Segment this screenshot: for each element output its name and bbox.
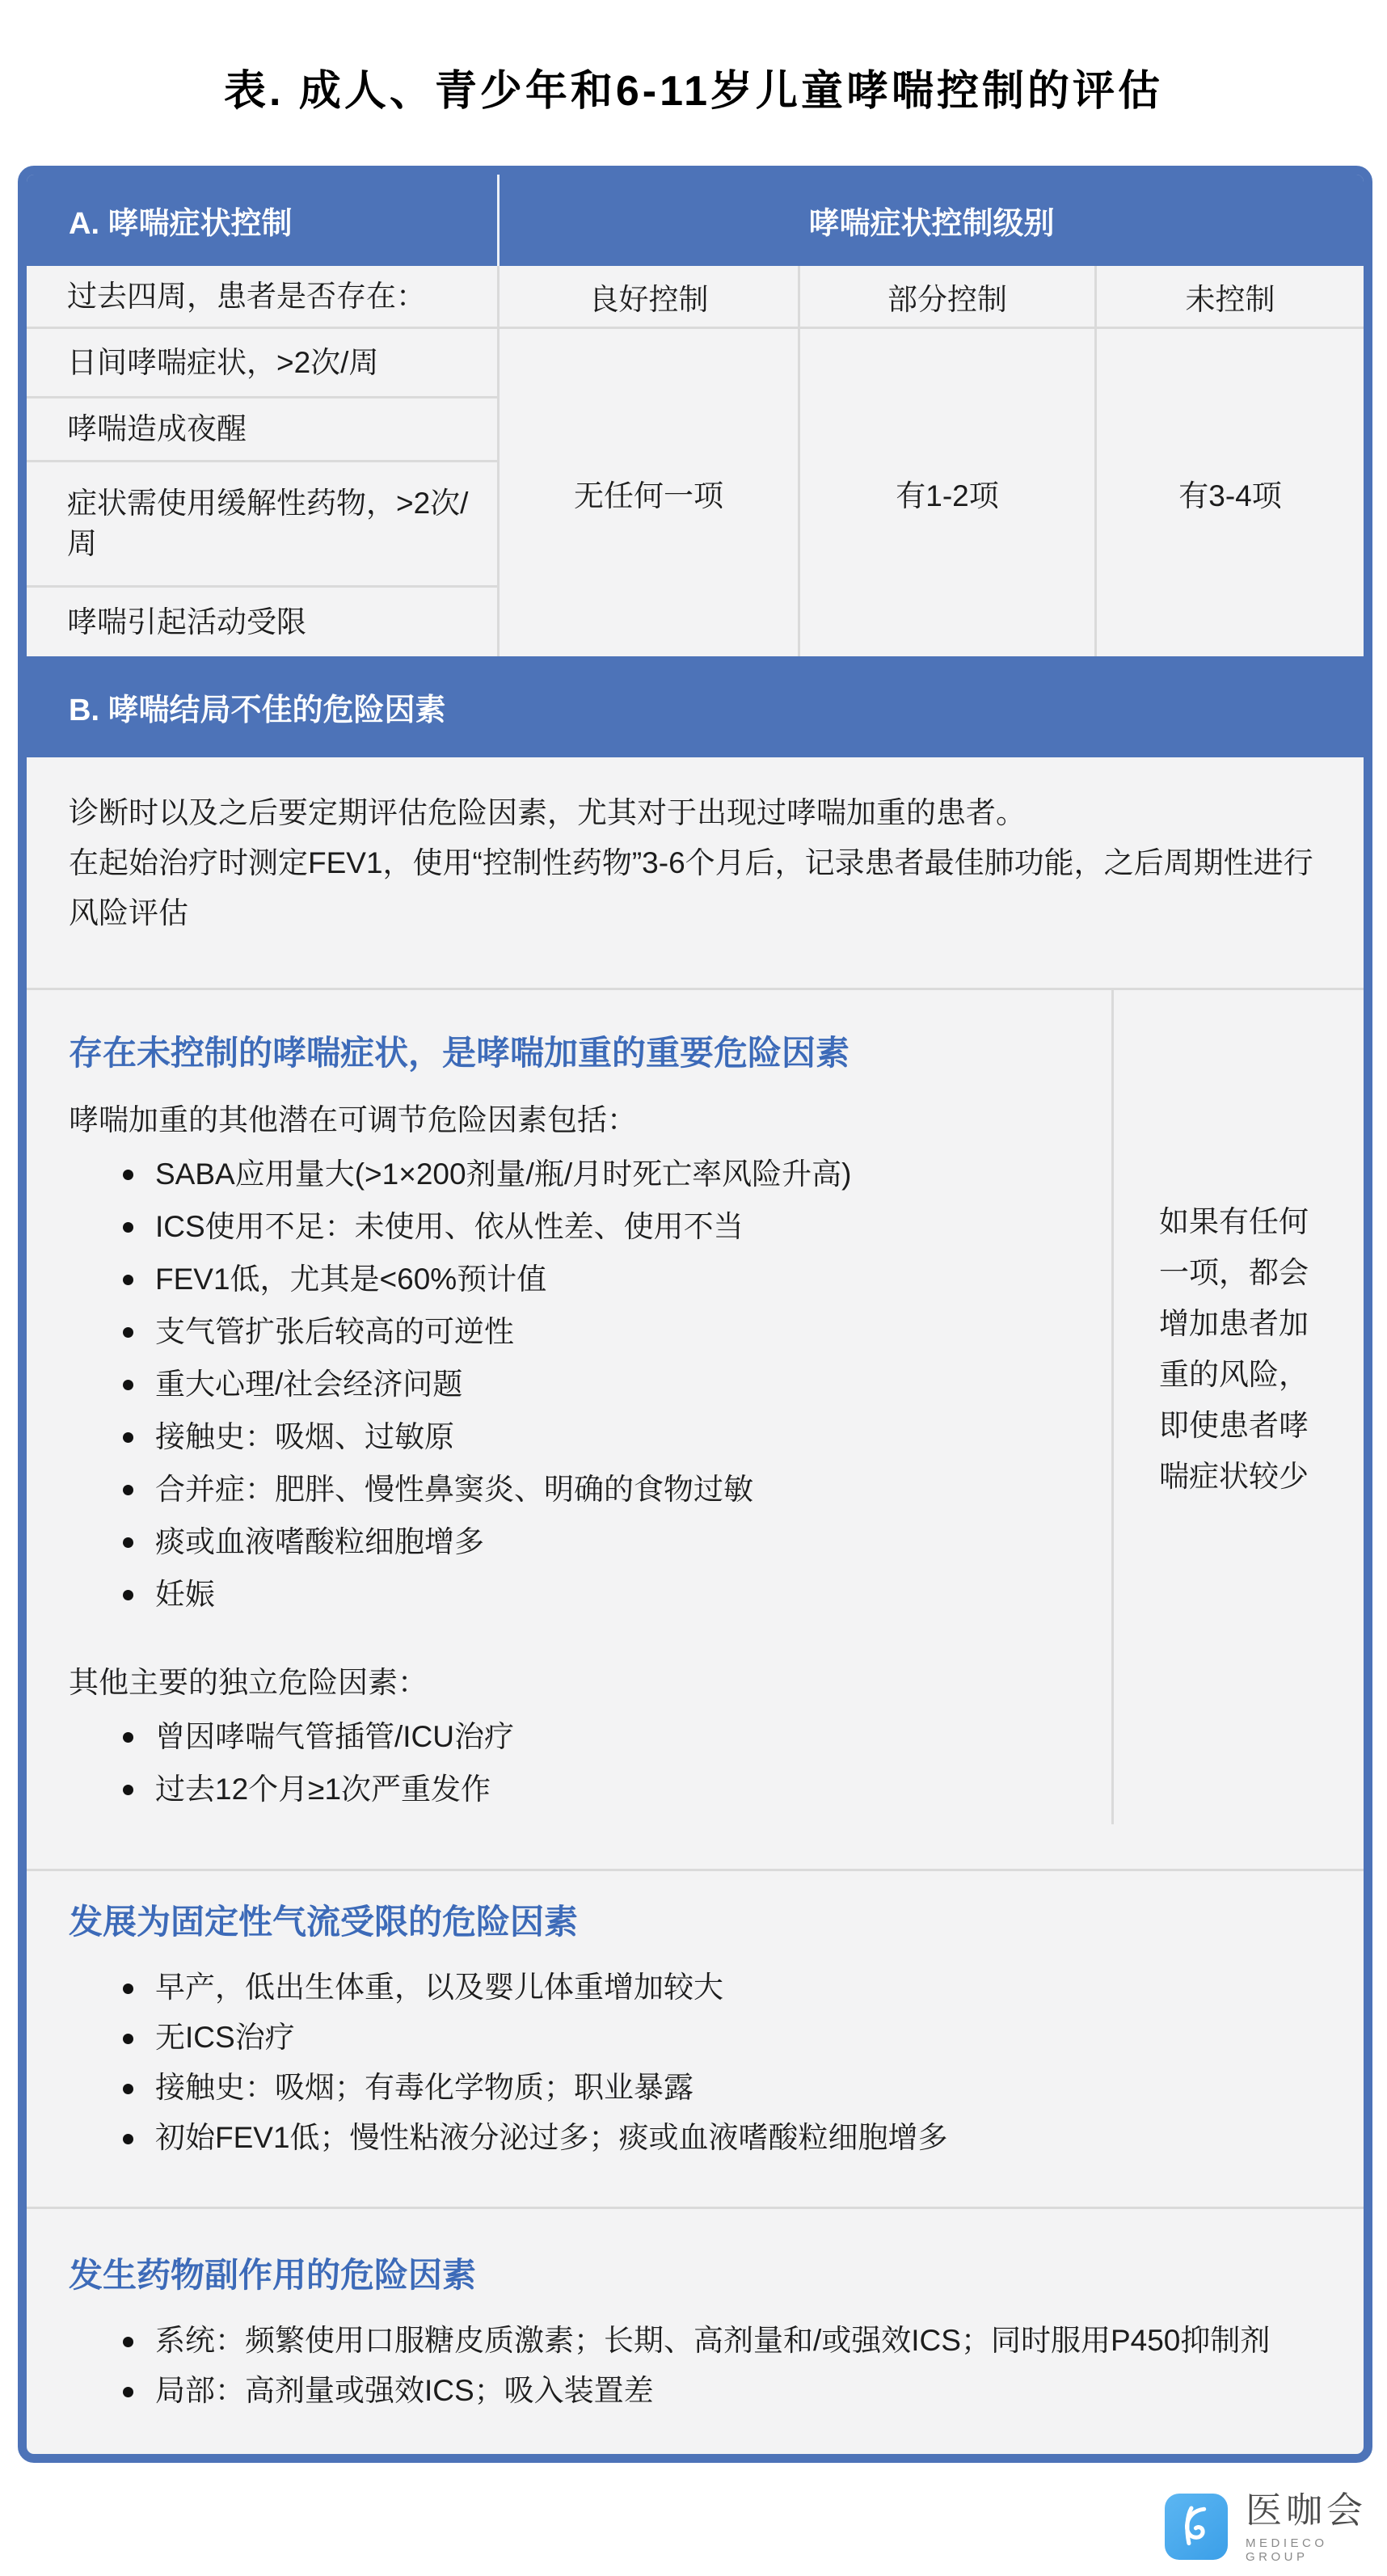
section-a-header-left: A. 哮喘症状控制 — [27, 175, 500, 266]
list-item: 接触史：吸烟、过敏原 — [111, 1418, 1079, 1457]
modifiable-factors-label: 哮喘加重的其他潜在可调节危险因素包括： — [69, 1100, 1079, 1140]
fixed-airflow-list: 早产，低出生体重，以及婴儿体重增加较大 无ICS治疗 接触史：吸烟；有毒化学物质… — [69, 1969, 1331, 2157]
side-effects-heading: 发生药物副作用的危险因素 — [69, 2253, 1331, 2298]
list-item: 妊娠 — [111, 1575, 1079, 1614]
level-well-controlled: 良好控制 — [500, 266, 800, 329]
symptom-reliever-use: 症状需使用缓解性药物，>2次/周 — [27, 462, 500, 588]
modifiable-factors-list: SABA应用量大(>1×200剂量/瓶/月时死亡率风险升高) ICS使用不足：未… — [69, 1155, 1079, 1614]
page: 表. 成人、青少年和6-11岁儿童哮喘控制的评估 A. 哮喘症状控制 哮喘症状控… — [0, 0, 1387, 2576]
value-well-controlled: 无任何一项 — [500, 329, 800, 656]
list-item: 早产，低出生体重，以及婴儿体重增加较大 — [111, 1969, 1331, 2006]
exacerbation-side-note-cell: 如果有任何一项，都会增加患者加重的风险，即使患者哮喘症状较少 — [1111, 990, 1364, 1824]
list-item: ICS使用不足：未使用、依从性差、使用不当 — [111, 1208, 1079, 1246]
intro-line-1: 诊断时以及之后要定期评估危险因素，尤其对于出现过哮喘加重的患者。 — [69, 788, 1315, 838]
medieco-logo: 医咖会 MEDIECO GROUP — [1165, 2490, 1387, 2564]
list-item: 合并症：肥胖、慢性鼻窦炎、明确的食物过敏 — [111, 1470, 1079, 1509]
symptom-night-waking: 哮喘造成夜醒 — [27, 398, 500, 462]
section-b-intro: 诊断时以及之后要定期评估危险因素，尤其对于出现过哮喘加重的患者。 在起始治疗时测… — [27, 757, 1364, 988]
exacerbation-risk-section: 存在未控制的哮喘症状，是哮喘加重的重要危险因素 哮喘加重的其他潜在可调节危险因素… — [27, 988, 1364, 1869]
value-uncontrolled: 有3-4项 — [1097, 329, 1364, 656]
list-item: FEV1低，尤其是<60%预计值 — [111, 1260, 1079, 1299]
list-item: 曾因哮喘气管插管/ICU治疗 — [111, 1718, 1079, 1756]
level-partly-controlled: 部分控制 — [800, 266, 1097, 329]
section-a-header-right: 哮喘症状控制级别 — [500, 175, 1364, 266]
exacerbation-heading: 存在未控制的哮喘症状，是哮喘加重的重要危险因素 — [69, 1031, 1079, 1076]
intro-line-2: 在起始治疗时测定FEV1，使用“控制性药物”3-6个月后，记录患者最佳肺功能，之… — [69, 838, 1315, 938]
list-item: 接触史：吸烟；有毒化学物质；职业暴露 — [111, 2069, 1331, 2106]
list-item: 局部：高剂量或强效ICS；吸入装置差 — [111, 2372, 1331, 2409]
section-b-header: B. 哮喘结局不佳的危险因素 — [27, 656, 1364, 757]
logo-name: 医咖会 — [1246, 2490, 1387, 2532]
symptom-activity-limitation: 哮喘引起活动受限 — [27, 588, 500, 656]
logo-subtitle: MEDIECO GROUP — [1246, 2536, 1387, 2564]
list-item: 无ICS治疗 — [111, 2019, 1331, 2056]
level-uncontrolled: 未控制 — [1097, 266, 1364, 329]
fixed-airflow-section: 发展为固定性气流受限的危险因素 早产，低出生体重，以及婴儿体重增加较大 无ICS… — [27, 1869, 1364, 2207]
list-item: SABA应用量大(>1×200剂量/瓶/月时死亡率风险升高) — [111, 1155, 1079, 1194]
logo-text-block: 医咖会 MEDIECO GROUP — [1246, 2490, 1387, 2564]
exacerbation-risk-content: 存在未控制的哮喘症状，是哮喘加重的重要危险因素 哮喘加重的其他潜在可调节危险因素… — [27, 990, 1111, 1869]
question-cell: 过去四周，患者是否存在： — [27, 266, 500, 329]
asthma-assessment-table: A. 哮喘症状控制 哮喘症状控制级别 过去四周，患者是否存在： 良好控制 部分控… — [18, 166, 1372, 2463]
list-item: 重大心理/社会经济问题 — [111, 1365, 1079, 1404]
list-item: 过去12个月≥1次严重发作 — [111, 1770, 1079, 1809]
page-title: 表. 成人、青少年和6-11岁儿童哮喘控制的评估 — [0, 57, 1387, 117]
medieco-logo-icon — [1165, 2494, 1228, 2560]
value-partly-controlled: 有1-2项 — [800, 329, 1097, 656]
independent-factors-list: 曾因哮喘气管插管/ICU治疗 过去12个月≥1次严重发作 — [69, 1718, 1079, 1809]
list-item: 初始FEV1低；慢性粘液分泌过多；痰或血液嗜酸粒细胞增多 — [111, 2119, 1331, 2157]
section-a-grid: 过去四周，患者是否存在： 良好控制 部分控制 未控制 日间哮喘症状，>2次/周 … — [27, 266, 1364, 656]
independent-factors-label: 其他主要的独立危险因素： — [69, 1663, 1079, 1703]
stethoscope-glyph-icon — [1173, 2502, 1220, 2552]
fixed-airflow-heading: 发展为固定性气流受限的危险因素 — [69, 1899, 1331, 1945]
side-effects-section: 发生药物副作用的危险因素 系统：频繁使用口服糖皮质激素；长期、高剂量和/或强效I… — [27, 2207, 1364, 2454]
symptom-daytime: 日间哮喘症状，>2次/周 — [27, 329, 500, 398]
side-effects-list: 系统：频繁使用口服糖皮质激素；长期、高剂量和/或强效ICS；同时服用P450抑制… — [69, 2322, 1331, 2409]
list-item: 痰或血液嗜酸粒细胞增多 — [111, 1523, 1079, 1562]
side-note: 如果有任何一项，都会增加患者加重的风险，即使患者哮喘症状较少 — [1159, 1196, 1311, 1502]
list-item: 支气管扩张后较高的可逆性 — [111, 1313, 1079, 1351]
list-item: 系统：频繁使用口服糖皮质激素；长期、高剂量和/或强效ICS；同时服用P450抑制… — [111, 2322, 1331, 2359]
section-a-header-row: A. 哮喘症状控制 哮喘症状控制级别 — [27, 175, 1364, 266]
